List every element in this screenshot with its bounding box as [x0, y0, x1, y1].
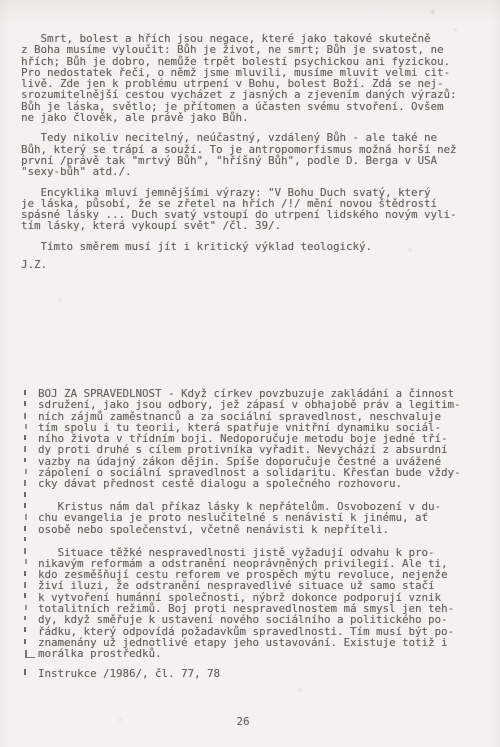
margin-mark [24, 616, 26, 620]
text-line: cky dávat přednost cestě dialogu a spole… [38, 478, 488, 489]
margin-mark [24, 571, 26, 576]
margin-mark [24, 627, 26, 632]
document-page: Smrt, bolest a hřích jsou negace, které … [0, 0, 500, 747]
margin-mark [24, 480, 26, 486]
text-line: "sexy-bůh" atd./. [21, 166, 487, 177]
text-line: Tímto směrem musí jít i kritický výklad … [21, 241, 487, 252]
margin-mark [25, 469, 27, 474]
margin-mark [25, 605, 27, 610]
paragraph: BOJ ZA SPRAVEDLNOST - Když církev povzbu… [38, 388, 488, 490]
margin-mark [25, 650, 35, 658]
text-line: sdružení, jako jsou odbory, jež zápasí v… [38, 399, 488, 410]
marked-text-block: BOJ ZA SPRAVEDLNOST - Když církev povzbu… [38, 388, 488, 671]
margin-mark [24, 458, 26, 462]
page-number: 26 [0, 716, 486, 727]
paragraph: Tímto směrem musí jít i kritický výklad … [21, 241, 487, 252]
text-line: Tedy nikoliv necitelný, neúčastný, vzdál… [21, 132, 487, 143]
text-line: morálka prostředků. [38, 648, 488, 659]
paragraph: Situace těžké nespravedlnosti jistě vyža… [38, 547, 488, 660]
margin-mark [24, 390, 26, 395]
margin-mark [24, 401, 26, 406]
text-line: tím lásky, která vykoupí svět" /čl. 39/. [21, 220, 487, 231]
paragraph: Encyklika mluví jemnějšími výrazy: "V Bo… [21, 187, 487, 232]
margin-mark [24, 669, 26, 675]
margin-mark [24, 526, 26, 531]
margin-mark [25, 514, 27, 520]
paragraph: Tedy nikoliv necitelný, neúčastný, vzdál… [21, 132, 487, 177]
paragraph: Smrt, bolest a hřích jsou negace, které … [21, 33, 487, 123]
margin-mark [24, 413, 26, 419]
margin-mark [25, 424, 27, 429]
text-line: osobě nebo společenství, včetně nenávist… [38, 524, 488, 535]
margin-mark [24, 503, 26, 508]
margin-mark [24, 492, 26, 497]
margin-mark [24, 548, 26, 554]
margin-mark [24, 639, 26, 644]
main-text-block: Smrt, bolest a hřích jsou negace, které … [21, 33, 487, 261]
margin-mark [24, 537, 26, 541]
signature: J.Z. [21, 259, 47, 270]
margin-mark [25, 559, 27, 564]
text-line: ne jako člověk, ale právě jako Bůh. [21, 112, 487, 123]
paragraph: Kristus nám dal příkaz lásky k nepřátelů… [38, 501, 488, 535]
margin-mark [24, 435, 26, 440]
margin-emphasis-line [24, 390, 35, 662]
text-line: z Boha musíme vyloučit: Bůh je život, ne… [21, 44, 487, 55]
margin-mark [24, 593, 26, 598]
text-line: dy, když směřuje k ustavení nového sociá… [38, 614, 488, 625]
reference-line: Instrukce /1986/, čl. 77, 78 [38, 668, 220, 679]
margin-mark [24, 582, 26, 588]
margin-mark [24, 446, 26, 452]
